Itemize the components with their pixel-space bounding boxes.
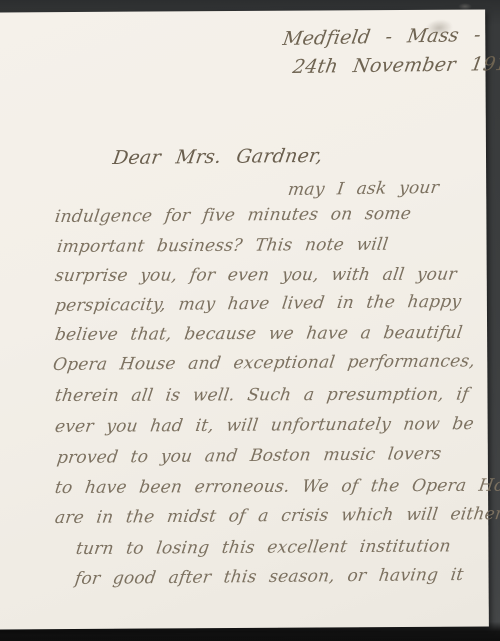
handwritten-line: are in the midst of a crisis which will … xyxy=(54,504,500,528)
photo-backdrop: Medfield - Mass - 24th November 1910 Dea… xyxy=(0,0,500,641)
handwritten-line: surprise you, for even you, with all you… xyxy=(54,265,458,286)
letter-date: 24th November 1910 xyxy=(291,53,500,78)
handwritten-line: Opera House and exceptional performances… xyxy=(52,351,477,375)
handwritten-line: important business? This note will xyxy=(56,235,390,257)
handwritten-line: turn to losing this excellent institutio… xyxy=(75,536,452,559)
letter-text: Medfield - Mass - 24th November 1910 Dea… xyxy=(0,0,500,641)
letter-place: Medfield - Mass - xyxy=(281,24,482,50)
handwritten-line: believe that, because we have a beautifu… xyxy=(54,323,464,345)
handwritten-line: to have been erroneous. We of the Opera … xyxy=(54,475,500,498)
handwritten-line: may I ask your xyxy=(287,178,440,200)
handwritten-line: for good after this season, or having it xyxy=(74,565,465,589)
handwritten-line: indulgence for five minutes on some xyxy=(54,204,413,227)
letter-salutation: Dear Mrs. Gardner, xyxy=(111,145,324,169)
handwritten-line: perspicacity, may have lived in the happ… xyxy=(54,292,463,316)
handwritten-line: ever you had it, will unfortunately now … xyxy=(54,414,475,437)
handwritten-line: therein all is well. Such a presumption,… xyxy=(54,385,470,406)
handwritten-line: proved to you and Boston music lovers xyxy=(56,444,443,468)
